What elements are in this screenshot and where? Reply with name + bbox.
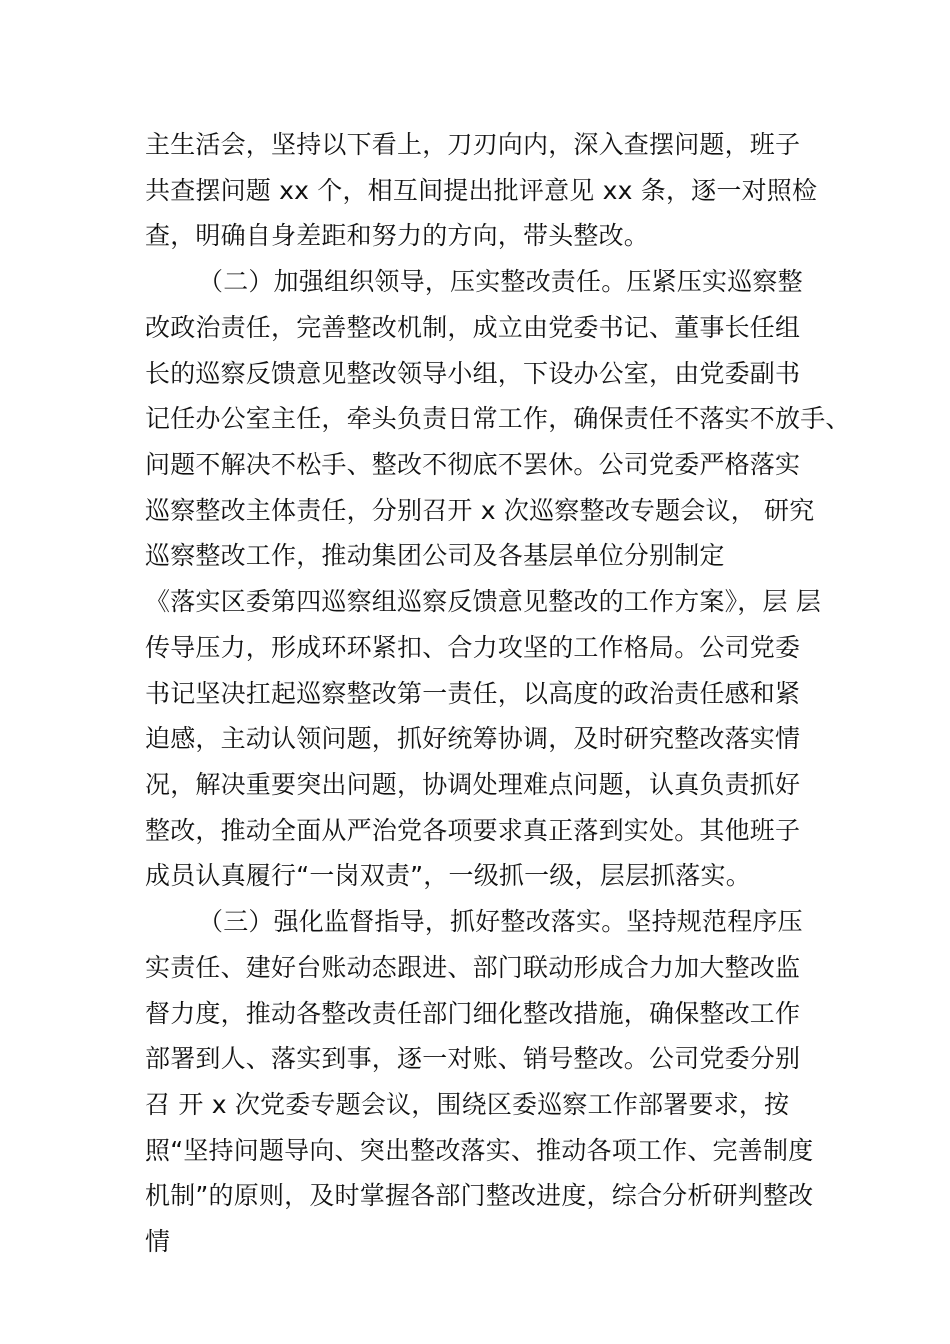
text-line-13: 书记坚决扛起巡察整改第一责任，以高度的政治责任感和紧 [145,674,800,714]
text-line-3: 查，明确自身差距和努力的方向，带头整改。 [145,216,649,256]
text-line-21: 部署到人、落实到事，逐一对账、销号整改。公司党委分别 [145,1039,800,1079]
text-line-22: 召 开 x 次党委专题会议，围绕区委巡察工作部署要求，按 [145,1085,789,1125]
text-line-5: 改政治责任，完善整改机制，成立由党委书记、董事长任组 [145,308,800,348]
text-line-19: 实责任、建好台账动态跟进、部门联动形成合力加大整改监 [145,948,800,988]
text-line-12: 传导压力，形成环环紧扣、合力攻坚的工作格局。公司党委 [145,628,800,668]
text-line-9: 巡察整改主体责任，分别召开 x 次巡察整改专题会议， 研究 [145,491,814,531]
text-line-2: 共查摆问题 xx 个，相互间提出批评意见 xx 条，逐一对照检 [145,171,817,211]
text-line-15: 况，解决重要突出问题，协调处理难点问题，认真负责抓好 [145,765,800,805]
text-line-14: 迫感，主动认领问题，抓好统筹协调，及时研究整改落实情 [145,719,800,759]
section-heading-3: （三）强化监督指导，抓好整改落实。坚持规范程序压 [198,902,803,942]
text-line-7: 记任办公室主任，牵头负责日常工作，确保责任不落实不放手、 [145,399,851,439]
text-line-20: 督力度，推动各整改责任部门细化整改措施，确保整改工作 [145,994,800,1034]
text-line-8: 问题不解决不松手、整改不彻底不罢休。公司党委严格落实 [145,445,800,485]
text-line-23: 照“坚持问题导向、突出整改落实、推动各项工作、完善制度 [145,1131,813,1171]
text-line-6: 长的巡察反馈意见整改领导小组，下设办公室，由党委副书 [145,354,800,394]
text-line-11: 《落实区委第四巡察组巡察反馈意见整改的工作方案》，层 层 [145,582,821,622]
text-line-1: 主生活会，坚持以下看上，刀刃向内，深入查摆问题，班子 [145,125,800,165]
text-line-17: 成员认真履行“一岗双责”，一级抓一级，层层抓落实。 [145,856,751,896]
text-line-10: 巡察整改工作，推动集团公司及各基层单位分别制定 [145,536,725,576]
text-line-16: 整改，推动全面从严治党各项要求真正落到实处。其他班子 [145,811,800,851]
text-line-25: 情 [145,1222,170,1262]
document-page: 主生活会，坚持以下看上，刀刃向内，深入查摆问题，班子 共查摆问题 xx 个，相互… [0,0,950,1344]
section-heading-2: （二）加强组织领导，压实整改责任。压紧压实巡察整 [198,262,803,302]
text-line-24: 机制”的原则，及时掌握各部门整改进度，综合分析研判整改 [145,1176,813,1216]
